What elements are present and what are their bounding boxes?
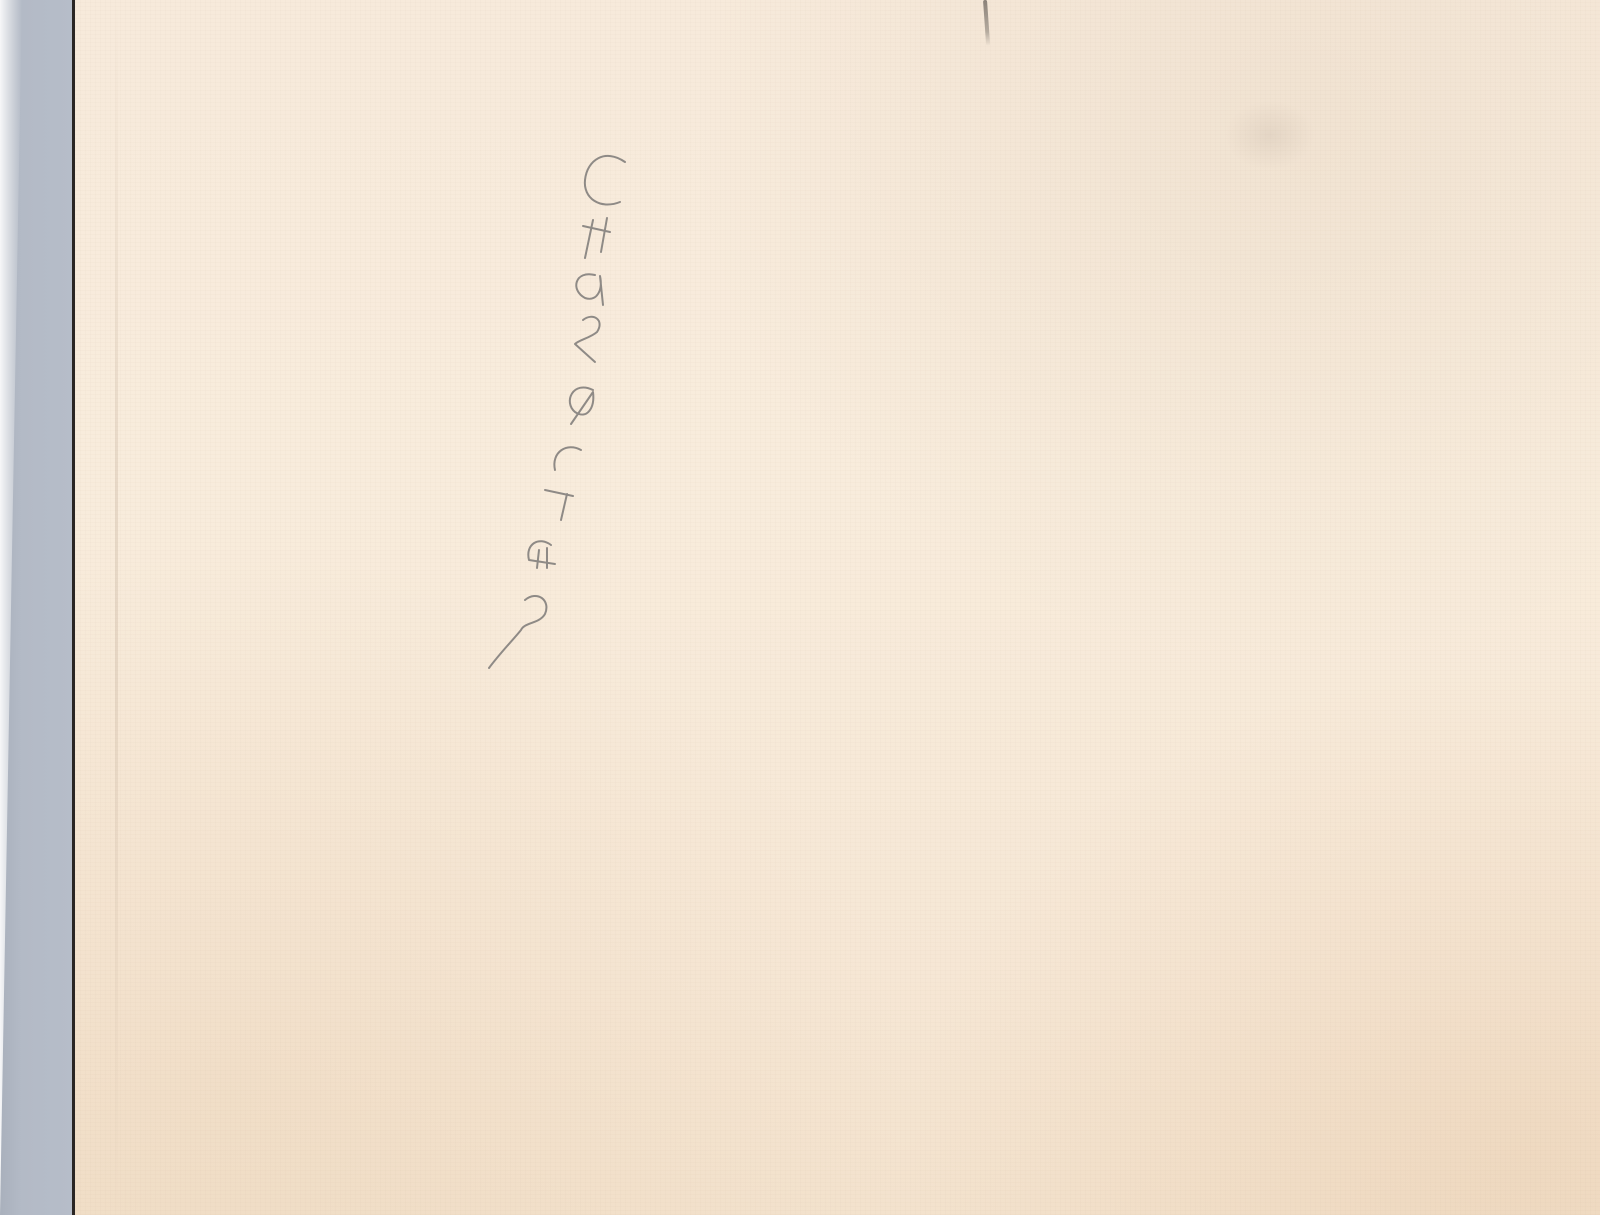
paper-smudge <box>1225 100 1315 170</box>
handwriting-strokes-icon <box>475 140 645 680</box>
scanner-background <box>0 0 72 1215</box>
handwritten-note: CHARACTER <box>475 140 645 680</box>
paper-tear-mark <box>983 0 990 46</box>
paper-sheet: CHARACTER <box>72 0 1600 1215</box>
scanned-page: CHARACTER <box>0 0 1600 1229</box>
paper-crease <box>115 0 118 1215</box>
